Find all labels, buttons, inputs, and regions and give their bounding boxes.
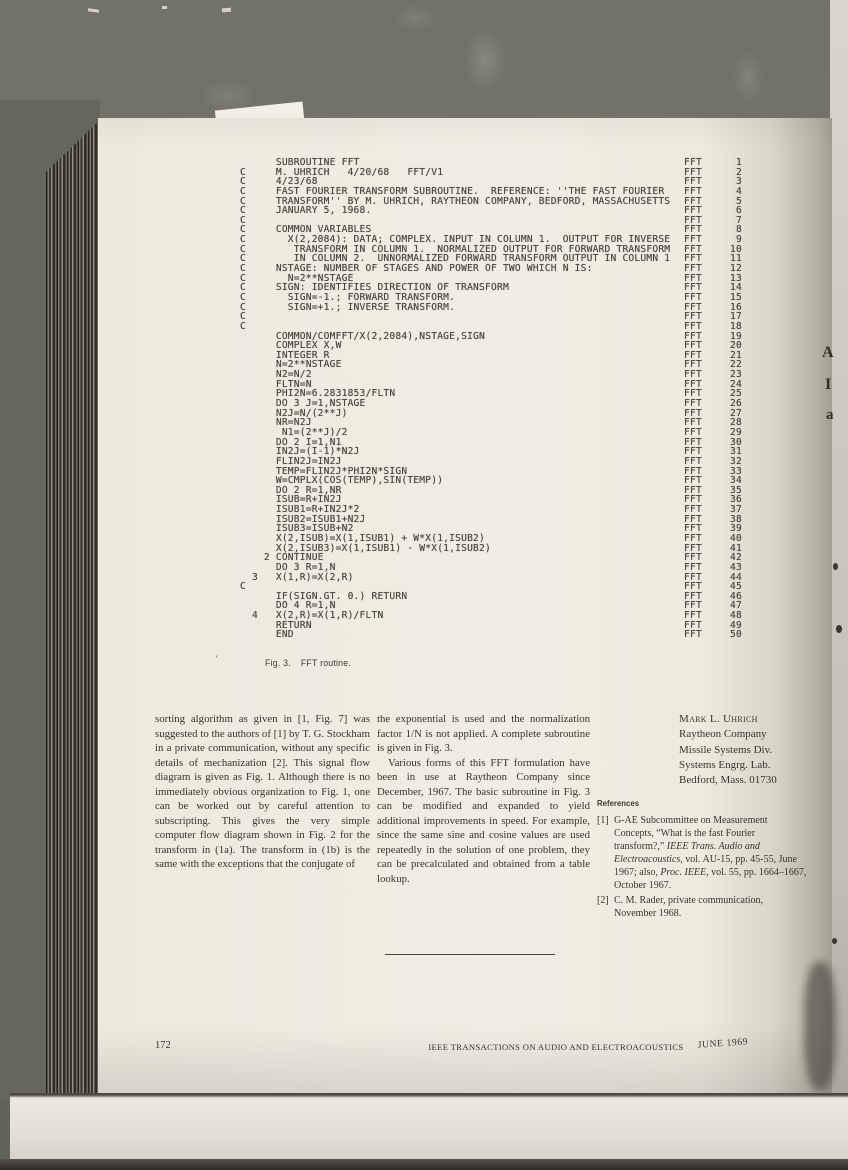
references-heading: References <box>597 797 807 812</box>
code-line: RETURNFFT49 <box>240 621 760 631</box>
text-column-3: Mark L. UhrichRaytheon CompanyMissile Sy… <box>597 712 807 920</box>
reference-text: G-AE Subcommittee on Measurement Concept… <box>614 814 807 892</box>
reference-entry: [2]C. M. Rader, private communication, N… <box>597 894 807 920</box>
reference-text-part: C. M. Rader, private communication, Nove… <box>614 895 763 919</box>
code-line: 4 X(2,R)=X(1,R)/FLTNFFT48 <box>240 611 760 621</box>
dust-speck <box>162 6 167 9</box>
code-text: C JANUARY 5, 1968. <box>240 206 684 216</box>
paragraph: sorting algorithm as given in [1, Fig. 7… <box>155 712 370 872</box>
edge-letter: I <box>825 376 831 394</box>
fft-label: FFT <box>684 630 716 640</box>
code-line: N=2**NSTAGEFFT22 <box>240 360 760 370</box>
figure-caption: Fig. 3.FFT routine. <box>265 658 351 668</box>
author-line: Missile Systems Div. <box>679 743 807 758</box>
running-footer: IEEE TRANSACTIONS ON AUDIO AND ELECTROAC… <box>398 1042 748 1053</box>
photo-bottom-edge <box>0 1159 848 1170</box>
code-line: CFFT17 <box>240 312 760 322</box>
body-text-columns: sorting algorithm as given in [1, Fig. 7… <box>155 712 807 920</box>
print-artifact: ' <box>216 654 218 664</box>
author-line: Systems Engrg. Lab. <box>679 758 807 773</box>
references-list: [1]G-AE Subcommittee on Measurement Conc… <box>597 814 807 920</box>
code-line: N2=N/2FFT23 <box>240 370 760 380</box>
journal-page: SUBROUTINE FFTFFT1C M. UHRICH 4/20/68 FF… <box>98 118 832 1093</box>
photo-of-journal-page: SUBROUTINE FFTFFT1C M. UHRICH 4/20/68 FF… <box>0 0 848 1170</box>
code-text: RETURN <box>240 621 684 631</box>
journal-title: IEEE TRANSACTIONS ON AUDIO AND ELECTROAC… <box>428 1042 683 1052</box>
figure-label: Fig. 3. <box>265 658 291 668</box>
code-line: C JANUARY 5, 1968.FFT6 <box>240 206 760 216</box>
reference-text-part: Proc. IEEE <box>660 867 706 878</box>
code-line: C SIGN=+1.; INVERSE TRANSFORM.FFT16 <box>240 303 760 313</box>
fft-line-number: 50 <box>716 630 742 640</box>
paragraph: the exponential is used and the normaliz… <box>377 712 590 756</box>
fft-line-id: FFT50 <box>684 630 742 640</box>
text-column-2: the exponential is used and the normaliz… <box>377 712 590 920</box>
author-block: Mark L. UhrichRaytheon CompanyMissile Sy… <box>679 712 807 788</box>
ink-speck <box>836 625 842 633</box>
code-line: C M. UHRICH 4/20/68 FFT/V1FFT2 <box>240 168 760 178</box>
text-column-1: sorting algorithm as given in [1, Fig. 7… <box>155 712 370 920</box>
fortran-code-listing: SUBROUTINE FFTFFT1C M. UHRICH 4/20/68 FF… <box>240 158 760 640</box>
photo-top-background <box>0 0 830 118</box>
code-text: C SIGN=+1.; INVERSE TRANSFORM. <box>240 303 684 313</box>
reference-marker: [2] <box>597 894 614 920</box>
ink-speck <box>832 938 837 944</box>
dust-speck <box>222 8 231 13</box>
code-line: ENDFFT50 <box>240 630 760 640</box>
horizontal-rule <box>385 954 555 955</box>
author-line: Mark L. Uhrich <box>679 712 807 727</box>
code-text: 3 X(1,R)=X(2,R) <box>240 573 684 583</box>
code-text: C <box>240 312 684 322</box>
author-line: Raytheon Company <box>679 727 807 742</box>
ink-speck <box>833 563 838 570</box>
figure-caption-text: FFT routine. <box>301 658 351 668</box>
issue-date: JUNE 1969 <box>697 1036 748 1050</box>
page-number: 172 <box>155 1040 171 1051</box>
surface-below-page <box>10 1093 848 1159</box>
code-line: N2J=N/(2**J)FFT27 <box>240 409 760 419</box>
code-line: 3 X(1,R)=X(2,R)FFT44 <box>240 573 760 583</box>
fanned-page-edges <box>46 118 102 1095</box>
page-corner-shadow <box>804 962 836 1090</box>
author-line: Bedford, Mass. 01730 <box>679 773 807 788</box>
paragraph: Various forms of this FFT formulation ha… <box>377 756 590 887</box>
reference-entry: [1]G-AE Subcommittee on Measurement Conc… <box>597 814 807 892</box>
reference-text: C. M. Rader, private communication, Nove… <box>614 894 807 920</box>
edge-letter: A <box>822 344 834 362</box>
edge-letter: a <box>826 407 834 424</box>
code-text: END <box>240 630 684 640</box>
reference-marker: [1] <box>597 814 614 892</box>
